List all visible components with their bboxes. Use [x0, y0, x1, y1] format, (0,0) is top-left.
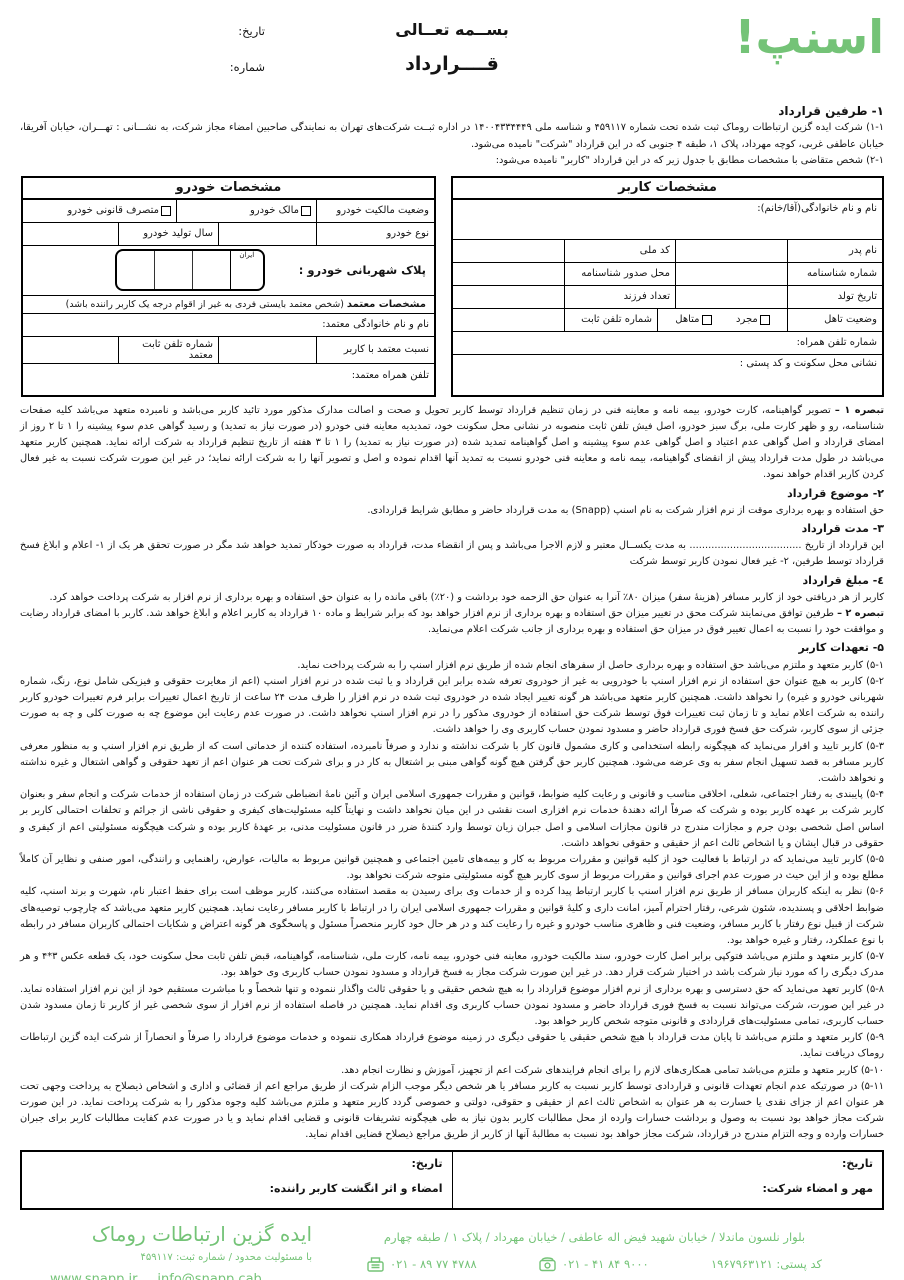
fax-icon: [367, 1257, 384, 1272]
marital-options-cell: مجرد متاهل: [657, 309, 787, 331]
specs-tables: مشخصات کاربر نام و نام خانوادگی(آقا/خانم…: [20, 176, 884, 397]
snapp-logo: اسنپ!: [735, 10, 884, 65]
table-row: تاریخ تولد تعداد فرزند: [453, 286, 882, 309]
footer-company-registration: با مسئولیت محدود / شماره ثبت: ۴۵۹۱۱۷: [50, 1252, 312, 1263]
children-count-field: [453, 286, 564, 308]
parties-clause-1: ۱-۱) شرکت ایده گزین ارتباطات روماک ثبت ش…: [20, 120, 884, 153]
father-name-label: نام پدر: [787, 240, 882, 262]
company-date-label: تاریخ:: [462, 1157, 874, 1170]
clause-5-1: ۵-۱) کاربر متعهد و ملتزم می‌باشد حق استف…: [20, 658, 884, 674]
table-row: وضعیت تاهل مجرد متاهل شماره تلفن ثابت: [453, 309, 882, 332]
section-4-title: ٤- مبلغ قرارداد: [20, 573, 884, 589]
legal-possessor-label: متصرف قانونی خودرو: [67, 205, 159, 216]
note-2: تبصره ۲ – طرفین توافق می‌نمایند شرکت محق…: [20, 606, 884, 638]
plate-segment: [192, 251, 230, 289]
section-2-title: ۲- موضوع قرارداد: [20, 486, 884, 502]
marital-status-label: وضعیت تاهل: [787, 309, 882, 331]
email-link: info@snapp.cab: [157, 1272, 261, 1280]
note-2-text: طرفین توافق می‌نمایند شرکت محق در تغییر …: [20, 608, 884, 635]
vehicle-type-field: [218, 223, 316, 245]
user-specs-table: مشخصات کاربر نام و نام خانوادگی(آقا/خانم…: [451, 176, 884, 397]
vehicle-year-field: [23, 223, 118, 245]
table-row: نام و نام خانوادگی(آقا/خانم):: [453, 200, 882, 240]
trustee-mobile-label: تلفن همراه معتمد:: [23, 368, 434, 383]
trustee-header-bold: مشخصات معتمد: [347, 299, 426, 310]
plate-iran-label: ایران: [230, 251, 263, 289]
note-1-text: تصویر گواهینامه، کارت خودرو، بیمه نامه و…: [20, 405, 884, 481]
section-2-body: حق استفاده و بهره برداری موقت از نرم افز…: [20, 503, 884, 519]
page-footer: بلوار نلسون ماندلا / خیابان شهید فیض اله…: [20, 1222, 884, 1280]
section-5-title: ۵- تعهدات کاربر: [20, 640, 884, 656]
table-row: شماره تلفن همراه:: [453, 332, 882, 355]
legal-possessor-option: متصرف قانونی خودرو: [23, 200, 176, 222]
company-signature-cell: تاریخ: مهر و امضاء شرکت:: [452, 1152, 883, 1208]
owner-checkbox: [301, 206, 311, 216]
trustee-relation-label: نسبت معتمد با کاربر: [316, 337, 434, 363]
contract-parties-section: ۱- طرفین قرارداد ۱-۱) شرکت ایده گزین ارت…: [20, 104, 884, 170]
clause-5-3: ۵-۳) کاربر تایید و اقرار می‌نماید که هیچ…: [20, 739, 884, 788]
table-row: نوع خودرو سال تولید خودرو: [23, 223, 434, 246]
plate-segment: [117, 251, 154, 289]
clause-5-7: ۵-۷) کاربر متعهد و ملتزم می‌باشد فتوکپی …: [20, 949, 884, 981]
trustee-name-label: نام و نام خانوادگی معتمد:: [23, 317, 434, 332]
contract-body: تبصره ۱ – تصویر گواهینامه، کارت خودرو، ب…: [20, 403, 884, 1144]
clause-5-8: ۵-۸) کاربر تعهد می‌نماید که حق دسترسی و …: [20, 982, 884, 1031]
phone-contact: ۰۲۱ - ۴۱ ۸۴ ۹۰۰۰: [539, 1257, 649, 1272]
single-option: مجرد: [736, 314, 770, 325]
note-1-label: تبصره ۱ –: [835, 405, 884, 416]
id-number-label: شماره شناسنامه: [787, 263, 882, 285]
vehicle-table-title: مشخصات خودرو: [23, 178, 434, 200]
signature-table: تاریخ: مهر و امضاء شرکت: تاریخ: امضاء و …: [20, 1150, 884, 1210]
driver-signature-cell: تاریخ: امضاء و اثر انگشت کاربر راننده:: [22, 1152, 452, 1208]
owner-option: مالک خودرو: [176, 200, 316, 222]
id-number-field: [675, 263, 787, 285]
parties-title: ۱- طرفین قرارداد: [20, 104, 884, 118]
trustee-relation-field: [218, 337, 316, 363]
birth-date-field: [675, 286, 787, 308]
landline-field: [453, 309, 564, 331]
ownership-label: وضعیت مالکیت خودرو: [316, 200, 434, 222]
single-checkbox: [760, 315, 770, 325]
owner-label: مالک خودرو: [250, 205, 299, 216]
clause-5-6: ۵-۶) نظر به اینکه کاربران مسافر از طریق …: [20, 884, 884, 949]
company-address: بلوار نلسون ماندلا / خیابان شهید فیض اله…: [367, 1230, 822, 1244]
trustee-header: مشخصات معتمد (شخص معتمد بایستی فردی به غ…: [23, 296, 434, 314]
note-2-label: تبصره ۲ –: [837, 608, 884, 619]
section-4-body: کاربر از هر دریافتی خود از کاربر مسافر (…: [20, 590, 884, 606]
postal-code: کد پستی: ۱۹۶۷۹۶۳۱۲۱: [711, 1257, 822, 1271]
national-code-field: [453, 240, 564, 262]
children-count-label: تعداد فرزند: [564, 286, 675, 308]
plate-label: پلاک شهربانی خودرو :: [299, 263, 426, 277]
trustee-header-rest: (شخص معتمد بایستی فردی به غیر از اقوام د…: [66, 299, 347, 310]
legal-possessor-checkbox: [161, 206, 171, 216]
address-label: نشانی محل سکونت و کد پستی :: [453, 355, 882, 371]
father-name-field: [675, 240, 787, 262]
clause-5-5: ۵-۵) کاربر تایید می‌نماید که در ارتباط ب…: [20, 852, 884, 884]
fax-contact: ۰۲۱ - ۸۹ ۷۷ ۴۷۸۸: [367, 1257, 477, 1272]
vehicle-year-label: سال تولید خودرو: [118, 223, 218, 245]
page-header: اسنپ! بســمه تعــالی قــــرارداد تاریخ: …: [20, 8, 884, 100]
driver-date-label: تاریخ:: [31, 1157, 443, 1170]
section-3-body: این قرارداد از تاریخ ...................…: [20, 538, 884, 570]
date-number-block: تاریخ: شماره:: [195, 24, 265, 96]
user-table-title: مشخصات کاربر: [453, 178, 882, 200]
trustee-landline-label: شماره تلفن ثابت معتمد: [118, 337, 218, 363]
plate-row: پلاک شهربانی خودرو : ایران: [23, 246, 434, 296]
license-plate-box: ایران: [115, 249, 265, 291]
phone-number: ۰۲۱ - ۴۱ ۸۴ ۹۰۰۰: [562, 1257, 649, 1271]
married-checkbox: [702, 315, 712, 325]
number-label: شماره:: [195, 60, 265, 74]
birth-date-label: تاریخ تولد: [787, 286, 882, 308]
parties-clause-2: ۲-۱) شخص متقاضی با مشخصات مطابق با جدول …: [20, 153, 884, 170]
company-sign-label: مهر و امضاء شرکت:: [462, 1182, 874, 1195]
landline-label: شماره تلفن ثابت: [564, 309, 657, 331]
table-row: نسبت معتمد با کاربر شماره تلفن ثابت معتم…: [23, 337, 434, 364]
table-row: نام پدر کد ملی: [453, 240, 882, 263]
footer-company-name: ایده گزین ارتباطات روماک: [50, 1222, 312, 1246]
id-issue-place-field: [453, 263, 564, 285]
national-code-label: کد ملی: [564, 240, 675, 262]
clause-5-4: ۵-۴) پایبندی به رفتار اجتماعی، شغلی، اخل…: [20, 787, 884, 852]
phone-icon: [539, 1257, 556, 1272]
full-name-label: نام و نام خانوادگی(آقا/خانم):: [453, 200, 882, 216]
clause-5-11: ۵-۱۱) در صورتیکه عدم انجام تعهدات قانونی…: [20, 1079, 884, 1144]
contract-page: اسنپ! بســمه تعــالی قــــرارداد تاریخ: …: [0, 0, 904, 1280]
clause-5-9: ۵-۹) کاربر متعهد و ملتزم می‌باشد تا پایا…: [20, 1030, 884, 1062]
vehicle-type-label: نوع خودرو: [316, 223, 434, 245]
id-issue-place-label: محل صدور شناسنامه: [564, 263, 675, 285]
section-3-title: ۳- مدت قرارداد: [20, 521, 884, 537]
mobile-label: شماره تلفن همراه:: [453, 335, 882, 350]
note-1: تبصره ۱ – تصویر گواهینامه، کارت خودرو، ب…: [20, 403, 884, 484]
married-option: متاهل: [675, 314, 711, 325]
plate-segment: [154, 251, 192, 289]
clause-5-10: ۵-۱۰) کاربر متعهد و ملتزم می‌باشد تمامی …: [20, 1063, 884, 1079]
table-row: تلفن همراه معتمد:: [23, 364, 434, 387]
website-link: www.snapp.ir: [50, 1272, 137, 1280]
single-label: مجرد: [736, 314, 758, 325]
married-label: متاهل: [675, 314, 699, 325]
table-row: شماره شناسنامه محل صدور شناسنامه: [453, 263, 882, 286]
table-row: وضعیت مالکیت خودرو مالک خودرو متصرف قانو…: [23, 200, 434, 223]
footer-company-block: ایده گزین ارتباطات روماک با مسئولیت محدو…: [50, 1222, 367, 1280]
driver-sign-label: امضاء و اثر انگشت کاربر راننده:: [31, 1182, 443, 1195]
footer-contact-block: بلوار نلسون ماندلا / خیابان شهید فیض اله…: [367, 1222, 822, 1280]
fax-number: ۰۲۱ - ۸۹ ۷۷ ۴۷۸۸: [390, 1257, 477, 1271]
clause-5-2: ۵-۲) کاربر به هیچ عنوان حق استفاده از نر…: [20, 674, 884, 739]
vehicle-specs-table: مشخصات خودرو وضعیت مالکیت خودرو مالک خود…: [21, 176, 436, 397]
table-row: نام و نام خانوادگی معتمد:: [23, 314, 434, 337]
date-label: تاریخ:: [195, 24, 265, 38]
trustee-landline-field: [23, 337, 118, 363]
table-row: نشانی محل سکونت و کد پستی :: [453, 355, 882, 395]
